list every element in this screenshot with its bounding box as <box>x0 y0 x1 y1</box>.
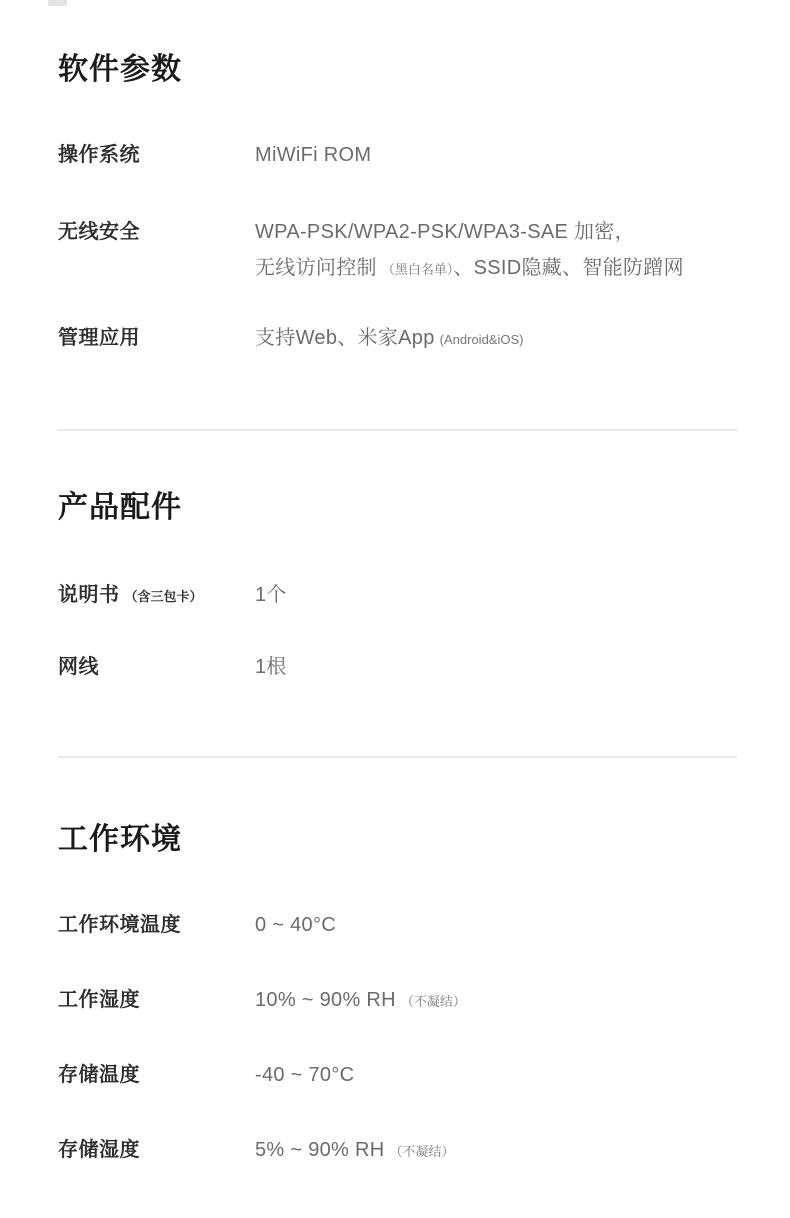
spec-label: 操作系统 <box>58 141 255 169</box>
cropped-text-fragment <box>48 0 67 6</box>
spec-value: 支持Web、米家App(Android&iOS) <box>255 324 750 354</box>
spec-label: 工作湿度 <box>58 986 255 1014</box>
section-divider <box>58 429 737 431</box>
spec-value: 1个 <box>255 581 750 609</box>
spec-label: 无线安全 <box>58 214 255 250</box>
spec-label: 管理应用 <box>58 324 255 352</box>
spec-label: 存储湿度 <box>58 1136 255 1164</box>
spec-value-note: (Android&iOS) <box>440 332 524 347</box>
spec-value: WPA-PSK/WPA2-PSK/WPA3-SAE 加密， 无线访问控制（黑白名… <box>255 214 750 288</box>
spec-value: 1根 <box>255 653 750 681</box>
spec-row-wireless-security: 无线安全 WPA-PSK/WPA2-PSK/WPA3-SAE 加密， 无线访问控… <box>58 214 750 288</box>
section-title-working-environment: 工作环境 <box>58 822 182 858</box>
spec-row-storage-humidity: 存储湿度 5% ~ 90% RH（不凝结） <box>58 1136 750 1166</box>
spec-value-text: 5% ~ 90% RH <box>255 1139 384 1161</box>
spec-row-manual: 说明书（含三包卡） 1个 <box>58 581 750 611</box>
spec-value-note: （不凝结） <box>401 994 466 1009</box>
spec-row-working-humidity: 工作湿度 10% ~ 90% RH（不凝结） <box>58 986 750 1016</box>
spec-value-text: 10% ~ 90% RH <box>255 989 396 1011</box>
spec-label: 存储温度 <box>58 1061 255 1089</box>
spec-value: -40 ~ 70°C <box>255 1061 750 1089</box>
section-title-software-params: 软件参数 <box>58 52 182 88</box>
spec-label: 工作环境温度 <box>58 911 255 939</box>
spec-value-note: （黑白名单） <box>382 262 454 277</box>
spec-row-operating-system: 操作系统 MiWiFi ROM <box>58 141 750 169</box>
section-divider <box>58 756 737 758</box>
spec-label: 说明书（含三包卡） <box>58 581 255 611</box>
spec-label: 网线 <box>58 653 255 681</box>
spec-row-ethernet-cable: 网线 1根 <box>58 653 750 681</box>
spec-value-line-2: 无线访问控制（黑白名单）、SSID隐藏、智能防蹭网 <box>255 250 750 288</box>
spec-value-text: 无线访问控制 <box>255 257 377 279</box>
spec-value-text: 、SSID隐藏、智能防蹭网 <box>453 257 684 279</box>
spec-row-management-app: 管理应用 支持Web、米家App(Android&iOS) <box>58 324 750 354</box>
spec-value: MiWiFi ROM <box>255 141 750 169</box>
spec-row-storage-temperature: 存储温度 -40 ~ 70°C <box>58 1061 750 1089</box>
spec-row-working-temperature: 工作环境温度 0 ~ 40°C <box>58 911 750 939</box>
spec-label-text: 说明书 <box>58 584 120 606</box>
spec-value: 10% ~ 90% RH（不凝结） <box>255 986 750 1016</box>
spec-value-note: （不凝结） <box>389 1144 454 1159</box>
spec-value: 0 ~ 40°C <box>255 911 750 939</box>
spec-label-note: （含三包卡） <box>125 589 203 604</box>
spec-value: 5% ~ 90% RH（不凝结） <box>255 1136 750 1166</box>
spec-page: 软件参数 操作系统 MiWiFi ROM 无线安全 WPA-PSK/WPA2-P… <box>0 0 790 1218</box>
section-title-product-accessories: 产品配件 <box>58 490 182 526</box>
spec-value-line-1: WPA-PSK/WPA2-PSK/WPA3-SAE 加密， <box>255 214 750 250</box>
spec-value-text: 支持Web、米家App <box>255 327 435 349</box>
